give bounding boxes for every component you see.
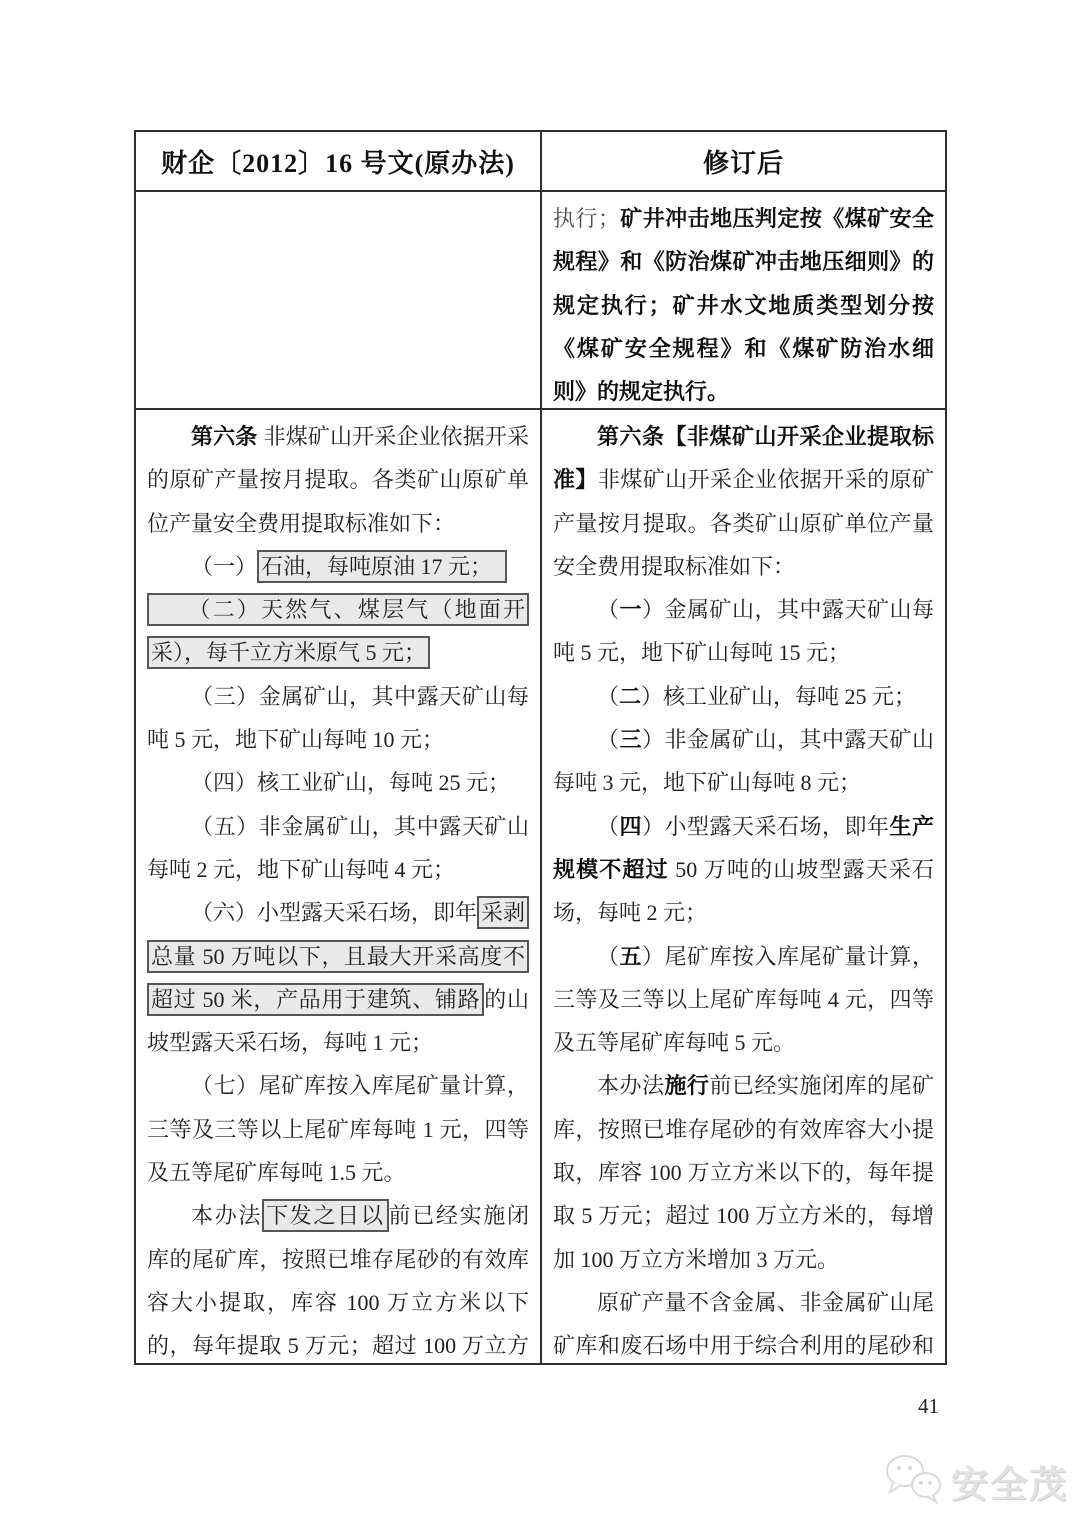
- text-segment: 本办法: [191, 1203, 262, 1228]
- paragraph: （四）小型露天采石场，即年生产规模不超过 50 万吨的山坡型露天采石场，每吨 2…: [553, 805, 934, 935]
- cell-original-empty: [136, 192, 542, 410]
- text-segment: 四: [620, 814, 643, 839]
- paragraph: （五）非金属矿山，其中露天矿山每吨 2 元，地下矿山每吨 4 元；: [147, 805, 529, 892]
- paragraph: （六）小型露天采石场，即年采剥总量 50 万吨以下，且最大开采高度不超过 50 …: [147, 891, 529, 1064]
- cell-original-article6: 第六条 非煤矿山开采企业依据开采的原矿产量按月提取。各类矿山原矿单位产量安全费用…: [136, 410, 542, 1363]
- text-segment: （: [597, 684, 619, 709]
- paragraph: （三）非金属矿山，其中露天矿山每吨 3 元，地下矿山每吨 8 元；: [553, 718, 934, 805]
- paragraph: （七）尾矿库按入库尾矿量计算，三等及三等以上尾矿库每吨 1 元，四等及五等尾矿库…: [147, 1064, 529, 1194]
- paragraph: 执行；矿井冲击地压判定按《煤矿安全规程》和《防治煤矿冲击地压细则》的规定执行；矿…: [553, 197, 934, 410]
- text-segment: （一）: [191, 554, 257, 579]
- cell-revised-article6: 第六条【非煤矿山开采企业提取标准】非煤矿山开采企业依据开采的原矿产量按月提取。各…: [542, 410, 945, 1363]
- text-segment: 第六条: [191, 424, 264, 449]
- highlighted-text: 下发之日以: [262, 1199, 388, 1232]
- text-segment: （七）尾矿库按入库尾矿量计算，三等及三等以上尾矿库每吨 1 元，四等及五等尾矿库…: [147, 1073, 529, 1185]
- paragraph: 第六条【非煤矿山开采企业提取标准】非煤矿山开采企业依据开采的原矿产量按月提取。各…: [553, 415, 934, 588]
- header-revised: 修订后: [542, 132, 945, 192]
- text-segment: （四）核工业矿山，每吨 25 元；: [191, 770, 510, 795]
- paragraph: （一）金属矿山，其中露天矿山每吨 5 元，地下矿山每吨 15 元；: [553, 588, 934, 675]
- text-segment: （三）金属矿山，其中露天矿山每吨 5 元，地下矿山每吨 10 元；: [147, 684, 529, 752]
- text-segment: （: [597, 944, 620, 969]
- text-segment: 前已经实施闭库的尾矿库，按照已堆存尾砂的有效库容大小提取，库容 100 万立方米…: [553, 1073, 934, 1271]
- text-segment: 非煤矿山开采企业依据开采的原矿产量按月提取。各类矿山原矿单位产量安全费用提取标准…: [553, 467, 934, 579]
- text-segment: ）核工业矿山，每吨 25 元；: [641, 684, 916, 709]
- watermark-brand: 安全茂: [883, 1452, 1068, 1509]
- text-segment: （六）小型露天采石场，即年: [191, 900, 477, 925]
- header-original-method: 财企〔2012〕16 号文(原办法): [136, 132, 542, 192]
- paragraph: （五）尾矿库按入库尾矿量计算，三等及三等以上尾矿库每吨 4 元，四等及五等尾矿库…: [553, 935, 934, 1065]
- page-number: 41: [918, 1394, 939, 1419]
- text-segment: 三: [620, 727, 643, 752]
- text-segment: 一: [620, 597, 643, 622]
- paragraph: （一）石油，每吨原油 17 元；: [147, 545, 529, 588]
- text-segment: 原矿产量不含金属、非金属矿山尾矿库和废石场中用于综合利用的尾砂和低: [553, 1290, 934, 1363]
- watermark-label: 安全茂: [951, 1454, 1068, 1508]
- text-segment: 施行: [665, 1073, 710, 1098]
- text-segment: （: [597, 597, 620, 622]
- comparison-table: 财企〔2012〕16 号文(原办法) 修订后 执行；矿井冲击地压判定按《煤矿安全…: [134, 130, 947, 1365]
- cell-revised-continuation: 执行；矿井冲击地压判定按《煤矿安全规程》和《防治煤矿冲击地压细则》的规定执行；矿…: [542, 192, 945, 410]
- paragraph: （二）核工业矿山，每吨 25 元；: [553, 675, 934, 718]
- chat-bubbles-icon: [883, 1452, 945, 1509]
- text-segment: 矿井冲击地压判定按《煤矿安全规程》和《防治煤矿冲击地压细则》的规定执行；矿井水文…: [553, 206, 934, 404]
- paragraph: （三）金属矿山，其中露天矿山每吨 5 元，地下矿山每吨 10 元；: [147, 675, 529, 762]
- text-segment: 本办法: [597, 1073, 665, 1098]
- text-segment: （五）非金属矿山，其中露天矿山每吨 2 元，地下矿山每吨 4 元；: [147, 814, 529, 882]
- paragraph: （四）核工业矿山，每吨 25 元；: [147, 761, 529, 804]
- text-segment: 二: [619, 684, 641, 709]
- paragraph: 原矿产量不含金属、非金属矿山尾矿库和废石场中用于综合利用的尾砂和低: [553, 1281, 934, 1363]
- highlighted-text: （二）天然气、煤层气（地面开采），每千立方米原气 5 元；: [147, 593, 529, 669]
- paragraph: 第六条 非煤矿山开采企业依据开采的原矿产量按月提取。各类矿山原矿单位产量安全费用…: [147, 415, 529, 545]
- text-segment: 五: [620, 944, 643, 969]
- text-segment: （: [597, 814, 620, 839]
- paragraph: 本办法施行前已经实施闭库的尾矿库，按照已堆存尾砂的有效库容大小提取，库容 100…: [553, 1064, 934, 1280]
- paragraph: （二）天然气、煤层气（地面开采），每千立方米原气 5 元；: [147, 588, 529, 675]
- text-segment: （: [597, 727, 620, 752]
- text-segment: 执行；: [553, 206, 620, 231]
- text-segment: ）小型露天采石场，即年: [642, 814, 889, 839]
- highlighted-text: 石油，每吨原油 17 元；: [257, 550, 507, 583]
- paragraph: 本办法下发之日以前已经实施闭库的尾矿库，按照已堆存尾砂的有效库容大小提取，库容 …: [147, 1194, 529, 1363]
